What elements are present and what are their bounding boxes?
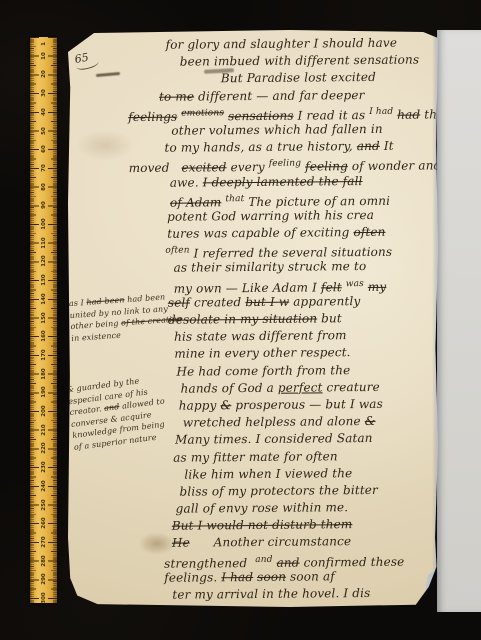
- struck-text: excited: [181, 161, 226, 175]
- handwritten-text: of wonder and: [348, 159, 442, 174]
- ruler-number: 300: [41, 592, 47, 603]
- manuscript-line: strengthened and and confirmed these: [70, 550, 440, 570]
- ruler: 1102030405060708090100110120130140150160…: [30, 37, 57, 603]
- ruler-number: 190: [41, 387, 47, 398]
- handwritten-text: apparently: [289, 294, 360, 309]
- backing-sheet: [437, 30, 481, 612]
- ruler-number: 1: [41, 42, 47, 46]
- handwritten-text: soon af: [286, 569, 335, 583]
- ruler-number: 80: [41, 183, 47, 191]
- handwritten-text: as my fitter mate for often: [173, 449, 338, 464]
- handwritten-text: bliss of my protectors the bitter: [179, 483, 378, 499]
- handwritten-text: like him when I viewed the: [184, 466, 352, 481]
- struck-text: felt: [321, 280, 342, 294]
- struck-text: feelings: [128, 109, 177, 123]
- handwritten-text: feeling: [269, 159, 301, 169]
- ruler-number: 200: [41, 405, 47, 416]
- struck-text: of Adam: [170, 195, 222, 209]
- handwritten-text: as their similarity struck me to: [173, 259, 366, 275]
- handwritten-text: for glory and slaughter I should have: [166, 36, 398, 52]
- ruler-number: 10: [41, 52, 47, 60]
- struck-text: I had: [221, 570, 253, 584]
- struck-text: had been: [86, 295, 125, 307]
- handwritten-text: every: [227, 160, 269, 174]
- struck-text: &: [220, 398, 231, 412]
- struck-text: often: [353, 225, 385, 239]
- struck-text: soon: [257, 570, 286, 584]
- handwritten-text: his state was different from: [174, 328, 347, 344]
- ruler-number: 220: [41, 443, 47, 454]
- ruler-number: 140: [41, 293, 47, 304]
- ruler-number: 210: [41, 424, 47, 435]
- ruler-number: 20: [41, 71, 47, 79]
- struck-text: had: [397, 107, 420, 121]
- handwritten-text: happy: [179, 398, 221, 412]
- handwritten-text: created: [190, 295, 245, 309]
- ruler-number: 40: [41, 108, 47, 116]
- margin-note: & guarded by the especial care of his cr…: [66, 372, 174, 453]
- struck-text: He: [172, 536, 190, 550]
- handwritten-text: in existence: [71, 330, 121, 342]
- ruler-number: 90: [41, 201, 47, 209]
- ruler-number: 290: [41, 574, 47, 585]
- ruler-number: 240: [41, 480, 47, 491]
- handwritten-text: confirmed these: [300, 554, 405, 569]
- handwritten-text: other volumes which had fallen in: [171, 122, 382, 138]
- handwritten-text: But Paradise lost excited: [221, 70, 376, 85]
- handwritten-text: It: [380, 139, 394, 153]
- handwritten-text: as I: [69, 298, 87, 308]
- handwritten-text: tures was capable of exciting: [167, 225, 353, 241]
- handwritten-text: awe.: [170, 175, 203, 189]
- manuscript-page: 65 for glory and slaughter I should have…: [68, 30, 438, 607]
- struck-text: of the creation: [121, 314, 182, 327]
- handwritten-text: perfect: [278, 380, 323, 394]
- handwritten-text: Another circumstance: [190, 535, 352, 550]
- handwritten-text: mine in every other respect.: [174, 346, 350, 362]
- ruler-number: 70: [41, 164, 47, 172]
- ruler-number: 160: [41, 330, 47, 341]
- handwritten-text: I had: [369, 107, 393, 117]
- ruler-number: 100: [41, 218, 47, 229]
- handwritten-text: potent God warring with his crea: [167, 208, 374, 224]
- handwritten-text: but: [317, 311, 342, 325]
- struck-text: and: [104, 402, 120, 413]
- ruler-ticks-left-cm: [30, 37, 39, 603]
- ruler-number: 130: [41, 274, 47, 285]
- manuscript-line: often I referred the several situations: [67, 241, 437, 261]
- handwritten-text: Many times. I considered Satan: [175, 431, 373, 447]
- struck-text: feeling: [305, 159, 348, 173]
- ruler-number: 60: [41, 145, 47, 153]
- struck-text: and: [277, 555, 300, 569]
- handwritten-text: moved: [129, 161, 182, 175]
- ruler-number: 280: [41, 555, 47, 566]
- manuscript-line: moved excited every feeling feeling of w…: [67, 155, 437, 175]
- handwritten-text: hands of God a: [181, 381, 278, 396]
- margin-note: as I had been had been united by no link…: [69, 290, 190, 344]
- handwritten-text: that: [225, 194, 244, 204]
- ruler-number: 50: [41, 127, 47, 135]
- struck-text: desolate in my situation: [168, 311, 317, 326]
- handwritten-text: to my hands, as a true history,: [164, 139, 356, 155]
- handwritten-text: creature: [322, 380, 379, 394]
- ruler-number: 250: [41, 499, 47, 510]
- ruler-number: 30: [41, 89, 47, 97]
- struck-text: to me: [159, 89, 194, 103]
- ruler-number: 110: [41, 237, 47, 248]
- ruler-number: 180: [41, 368, 47, 379]
- struck-text: emotions: [181, 108, 224, 118]
- ruler-number: 150: [41, 312, 47, 323]
- manuscript-line: ter my arrival in the hovel. I dis: [70, 584, 440, 604]
- handwritten-text: ter my arrival in the hovel. I dis: [172, 586, 370, 602]
- struck-text: I deeply lamented the fall: [203, 174, 363, 189]
- struck-text: but I w: [245, 294, 289, 308]
- manuscript-line: my own — Like Adam I felt was my: [68, 275, 438, 295]
- ruler-number: 170: [41, 349, 47, 360]
- handwritten-text: wretched helpless and alone: [183, 414, 365, 430]
- photograph-scene: 1102030405060708090100110120130140150160…: [0, 0, 481, 640]
- handwritten-text: and: [255, 554, 272, 564]
- handwritten-text: different — and far deeper: [194, 88, 364, 103]
- ruler-number: 270: [41, 536, 47, 547]
- handwritten-text: gall of envy rose within me.: [176, 500, 349, 516]
- handwritten-text: feelings.: [164, 570, 221, 584]
- struck-text: my: [368, 279, 387, 293]
- struck-text: But I would not disturb them: [172, 517, 353, 533]
- handwritten-text: often: [165, 246, 189, 256]
- ruler-ticks-right-cm: [48, 37, 57, 603]
- manuscript-line: of Adam that The picture of an omni: [67, 189, 437, 209]
- struck-text: and: [357, 139, 380, 153]
- ruler-number: 260: [41, 517, 47, 528]
- handwritten-text: been imbued with different sensations: [180, 53, 420, 69]
- ruler-number: 120: [41, 256, 47, 267]
- handwritten-text: He had come forth from the: [176, 363, 350, 379]
- handwritten-text: was: [346, 279, 364, 289]
- ruler-number: 230: [41, 461, 47, 472]
- handwritten-text: prosperous — but I was: [231, 397, 383, 412]
- struck-text: &: [365, 414, 376, 428]
